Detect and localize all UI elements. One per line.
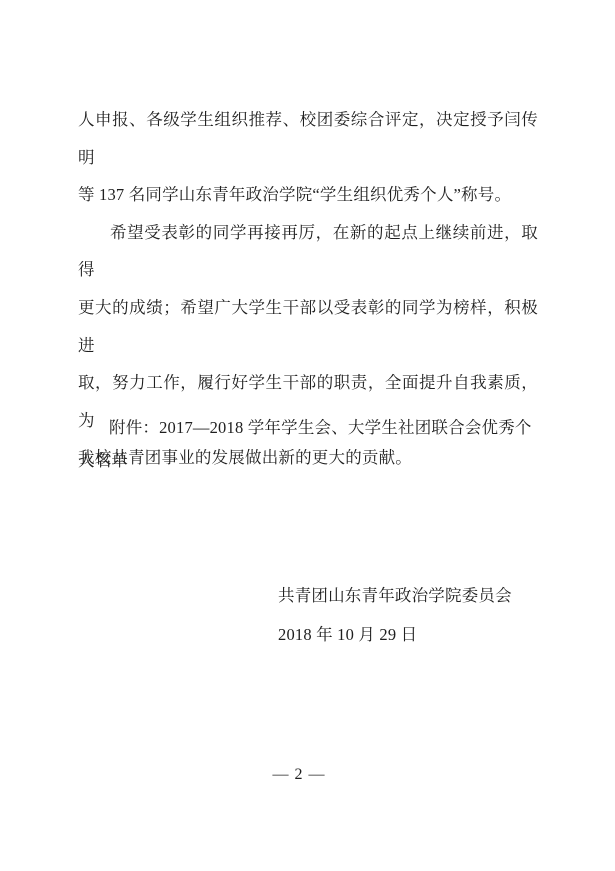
- signature-organization: 共青团山东青年政治学院委员会: [278, 577, 518, 616]
- body-line-1: 人申报、各级学生组织推荐、校团委综合评定，决定授予闫传明: [78, 101, 538, 176]
- attachment-reference: 附件：2017—2018 学年学生会、大学生社团联合会优秀个 人名单: [78, 411, 538, 477]
- attachment-line-1: 附件：2017—2018 学年学生会、大学生社团联合会优秀个: [78, 411, 538, 444]
- body-line-4: 更大的成绩；希望广大学生干部以受表彰的同学为榜样，积极进: [78, 289, 538, 364]
- body-line-2: 等 137 名同学山东青年政治学院“学生组织优秀个人”称号。: [78, 176, 538, 214]
- signature-block: 共青团山东青年政治学院委员会 2018 年 10 月 29 日: [278, 577, 518, 654]
- body-line-3: 希望受表彰的同学再接再厉，在新的起点上继续前进，取得: [78, 214, 538, 289]
- document-page: 人申报、各级学生组织推荐、校团委综合评定，决定授予闫传明 等 137 名同学山东…: [0, 0, 615, 871]
- attachment-line-2: 人名单: [78, 444, 538, 477]
- page-number: — 2 —: [0, 766, 615, 784]
- signature-date: 2018 年 10 月 29 日: [278, 616, 518, 655]
